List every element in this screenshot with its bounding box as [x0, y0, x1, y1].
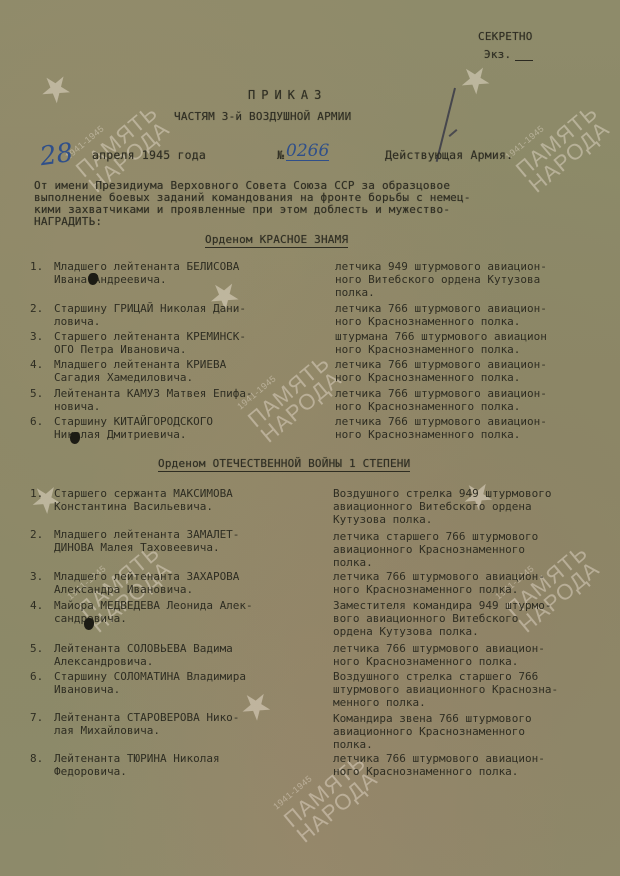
- recipient-unit: Командира звена 766 штурмового авиационн…: [333, 712, 532, 751]
- recipient-unit: летчика 766 штурмового авиацион- ного Кр…: [335, 387, 547, 413]
- ink-blot: [70, 432, 80, 444]
- recipient-name: Старшину СОЛОМАТИНА Владимира Ивановича.: [54, 670, 246, 696]
- number-label: №: [277, 148, 284, 162]
- recipient-unit: Воздушного стрелка 949 штурмового авиаци…: [333, 487, 552, 526]
- recipient-name: Младшего лейтенанта БЕЛИСОВА Ивана Андре…: [54, 260, 239, 286]
- star-icon: ★: [37, 70, 75, 106]
- ink-blot: [84, 618, 94, 630]
- recipient-unit: летчика 766 штурмового авиацион- ного Кр…: [333, 570, 545, 596]
- document-title: ПРИКАЗ: [248, 88, 327, 102]
- classification-stamp: СЕКРЕТНО: [478, 30, 533, 43]
- recipient-unit: Заместителя командира 949 штурмо- вого а…: [333, 599, 552, 638]
- handwritten-order-number: 0266: [286, 142, 329, 161]
- section-heading-patriotic-war: Орденом ОТЕЧЕСТВЕННОЙ ВОЙНЫ 1 СТЕПЕНИ: [158, 457, 410, 472]
- recipient-unit: штурмана 766 штурмового авиацион ного Кр…: [335, 330, 547, 356]
- date-text: апреля 1945 года: [92, 148, 206, 162]
- recipient-name: Младшего лейтенанта ЗАМАЛЕТ- ДИНОВА Мале…: [54, 528, 239, 554]
- recipient-unit: летчика старшего 766 штурмового авиацион…: [333, 530, 538, 569]
- recipient-unit: Воздушного стрелка старшего 766 штурмово…: [333, 670, 558, 709]
- recipient-name: Старшего лейтенанта КРЕМИНСК- ОГО Петра …: [54, 330, 246, 356]
- archival-document-page: ★ 1941-1945 ПАМЯТЬ НАРОДА ★ 1941-1945 ПА…: [0, 0, 620, 876]
- handwritten-day: 28: [38, 138, 75, 172]
- page-mark-hook: [449, 129, 458, 137]
- recipient-name: Лейтенанта ТЮРИНА Николая Федоровича.: [54, 752, 220, 778]
- recipient-name: Младшего лейтенанта КРИЕВА Сагадия Хамед…: [54, 358, 226, 384]
- recipient-name: Лейтенанта СОЛОВЬЕВА Вадима Александрови…: [54, 642, 233, 668]
- recipient-name: Лейтенанта КАМУЗ Матвея Епифа- новича.: [54, 387, 253, 413]
- star-icon: ★: [456, 62, 494, 98]
- recipient-unit: летчика 766 штурмового авиацион- ного Кр…: [335, 415, 547, 441]
- recipient-name: Старшину ГРИЦАЙ Николая Дани- ловича.: [54, 302, 246, 328]
- recipient-name: Младшего лейтенанта ЗАХАРОВА Александра …: [54, 570, 239, 596]
- recipient-name: Старшего сержанта МАКСИМОВА Константина …: [54, 487, 233, 513]
- recipient-unit: летчика 766 штурмового авиацион- ного Кр…: [335, 358, 547, 384]
- copy-label: Экз.: [484, 48, 511, 61]
- document-subtitle: ЧАСТЯМ 3-й ВОЗДУШНОЙ АРМИИ: [174, 110, 351, 123]
- section-heading-red-banner: Орденом КРАСНОЕ ЗНАМЯ: [205, 233, 348, 248]
- preamble-line: НАГРАДИТЬ:: [34, 216, 102, 228]
- recipient-name: Лейтенанта СТАРОВЕРОВА Нико- лая Михайло…: [54, 711, 239, 737]
- location-text: Действующая Армия.: [385, 148, 513, 162]
- copy-number-line: [515, 60, 533, 61]
- recipient-unit: летчика 766 штурмового авиацион- ного Кр…: [333, 752, 545, 778]
- recipient-unit: летчика 766 штурмового авиацион- ного Кр…: [333, 642, 545, 668]
- recipient-unit: летчика 766 штурмового авиацион- ного Кр…: [335, 302, 547, 328]
- recipient-unit: летчика 949 штурмового авиацион- ного Ви…: [335, 260, 547, 299]
- watermark: ★ 1941-1945 ПАМЯТЬ НАРОДА: [500, 87, 614, 196]
